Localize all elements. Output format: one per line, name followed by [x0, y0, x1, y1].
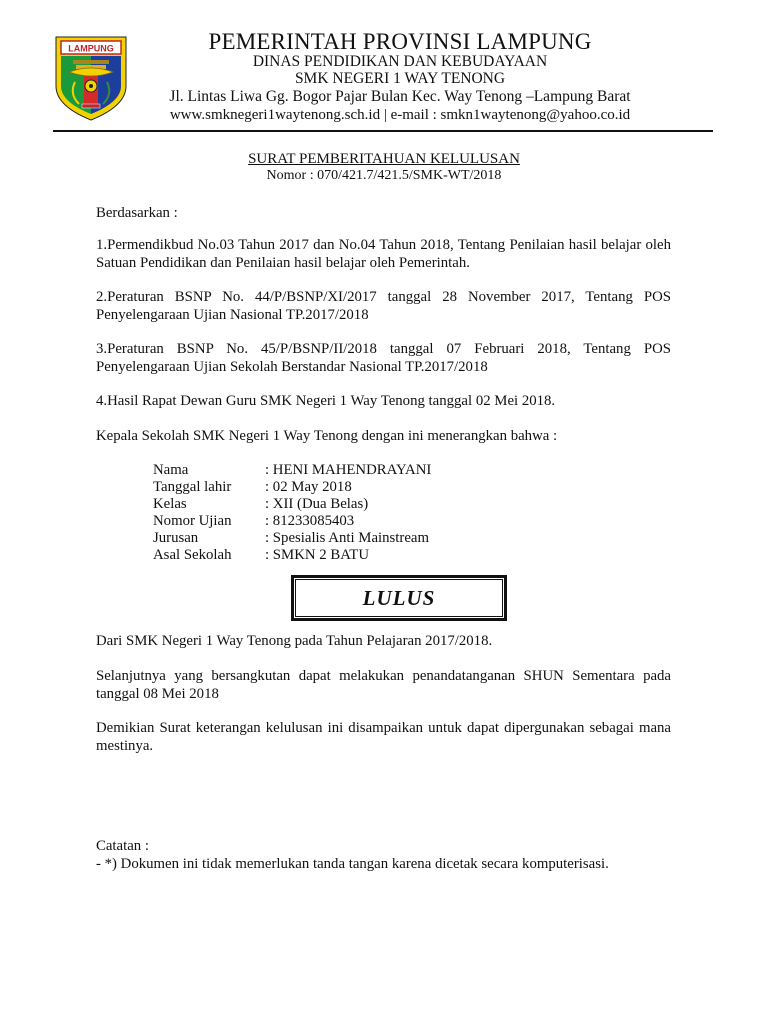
student-label: Tanggal lahir	[153, 479, 265, 496]
next-step-text: Selanjutnya yang bersangkutan dapat mela…	[96, 668, 671, 703]
student-label: Kelas	[153, 496, 265, 513]
student-value: : HENI MAHENDRAYANI	[265, 462, 431, 478]
letterhead-government: PEMERINTAH PROVINSI LAMPUNG	[120, 30, 680, 53]
student-row-name: Nama: HENI MAHENDRAYANI	[153, 462, 431, 479]
student-value: : 81233085403	[265, 513, 354, 529]
student-label: Jurusan	[153, 530, 265, 547]
student-row-origin-school: Asal Sekolah: SMKN 2 BATU	[153, 547, 369, 564]
lampung-crest-logo: LAMPUNG	[53, 34, 129, 122]
note-heading: Catatan :	[96, 838, 671, 856]
basis-point-4: 4.Hasil Rapat Dewan Guru SMK Negeri 1 Wa…	[96, 393, 671, 411]
note-text: - *) Dokumen ini tidak memerlukan tanda …	[96, 856, 716, 874]
letterhead-divider	[53, 130, 713, 132]
student-value: : SMKN 2 BATU	[265, 547, 369, 563]
letterhead: PEMERINTAH PROVINSI LAMPUNG DINAS PENDID…	[120, 30, 680, 123]
student-row-exam-number: Nomor Ujian: 81233085403	[153, 513, 354, 530]
svg-text:LAMPUNG: LAMPUNG	[68, 44, 114, 54]
basis-point-1: 1.Permendikbud No.03 Tahun 2017 dan No.0…	[96, 237, 671, 272]
student-row-class: Kelas: XII (Dua Belas)	[153, 496, 368, 513]
statement-text: Kepala Sekolah SMK Negeri 1 Way Tenong d…	[96, 428, 671, 446]
intro-text: Berdasarkan :	[96, 205, 671, 223]
crest-icon: LAMPUNG	[53, 34, 129, 122]
letterhead-contact: www.smknegeri1waytenong.sch.id | e-mail …	[120, 108, 680, 123]
academic-year-text: Dari SMK Negeri 1 Way Tenong pada Tahun …	[96, 633, 671, 651]
student-row-major: Jurusan: Spesialis Anti Mainstream	[153, 530, 429, 547]
letterhead-address: Jl. Lintas Liwa Gg. Bogor Pajar Bulan Ke…	[120, 89, 680, 105]
student-label: Nomor Ujian	[153, 513, 265, 530]
letterhead-department: DINAS PENDIDIKAN DAN KEBUDAYAAN	[120, 54, 680, 70]
basis-point-2: 2.Peraturan BSNP No. 44/P/BSNP/XI/2017 t…	[96, 289, 671, 324]
student-value: : 02 May 2018	[265, 479, 352, 495]
result-status: LULUS	[363, 586, 436, 611]
letterhead-school: SMK NEGERI 1 WAY TENONG	[120, 71, 680, 87]
student-label: Asal Sekolah	[153, 547, 265, 564]
student-row-birthdate: Tanggal lahir: 02 May 2018	[153, 479, 352, 496]
closing-text: Demikian Surat keterangan kelulusan ini …	[96, 720, 671, 755]
result-box: LULUS	[291, 575, 507, 621]
basis-point-3: 3.Peraturan BSNP No. 45/P/BSNP/II/2018 t…	[96, 341, 671, 376]
student-value: : Spesialis Anti Mainstream	[265, 530, 429, 546]
letter-title: SURAT PEMBERITAHUAN KELULUSAN	[0, 151, 768, 168]
letter-number: Nomor : 070/421.7/421.5/SMK-WT/2018	[0, 168, 768, 184]
student-label: Nama	[153, 462, 265, 479]
student-value: : XII (Dua Belas)	[265, 496, 368, 512]
